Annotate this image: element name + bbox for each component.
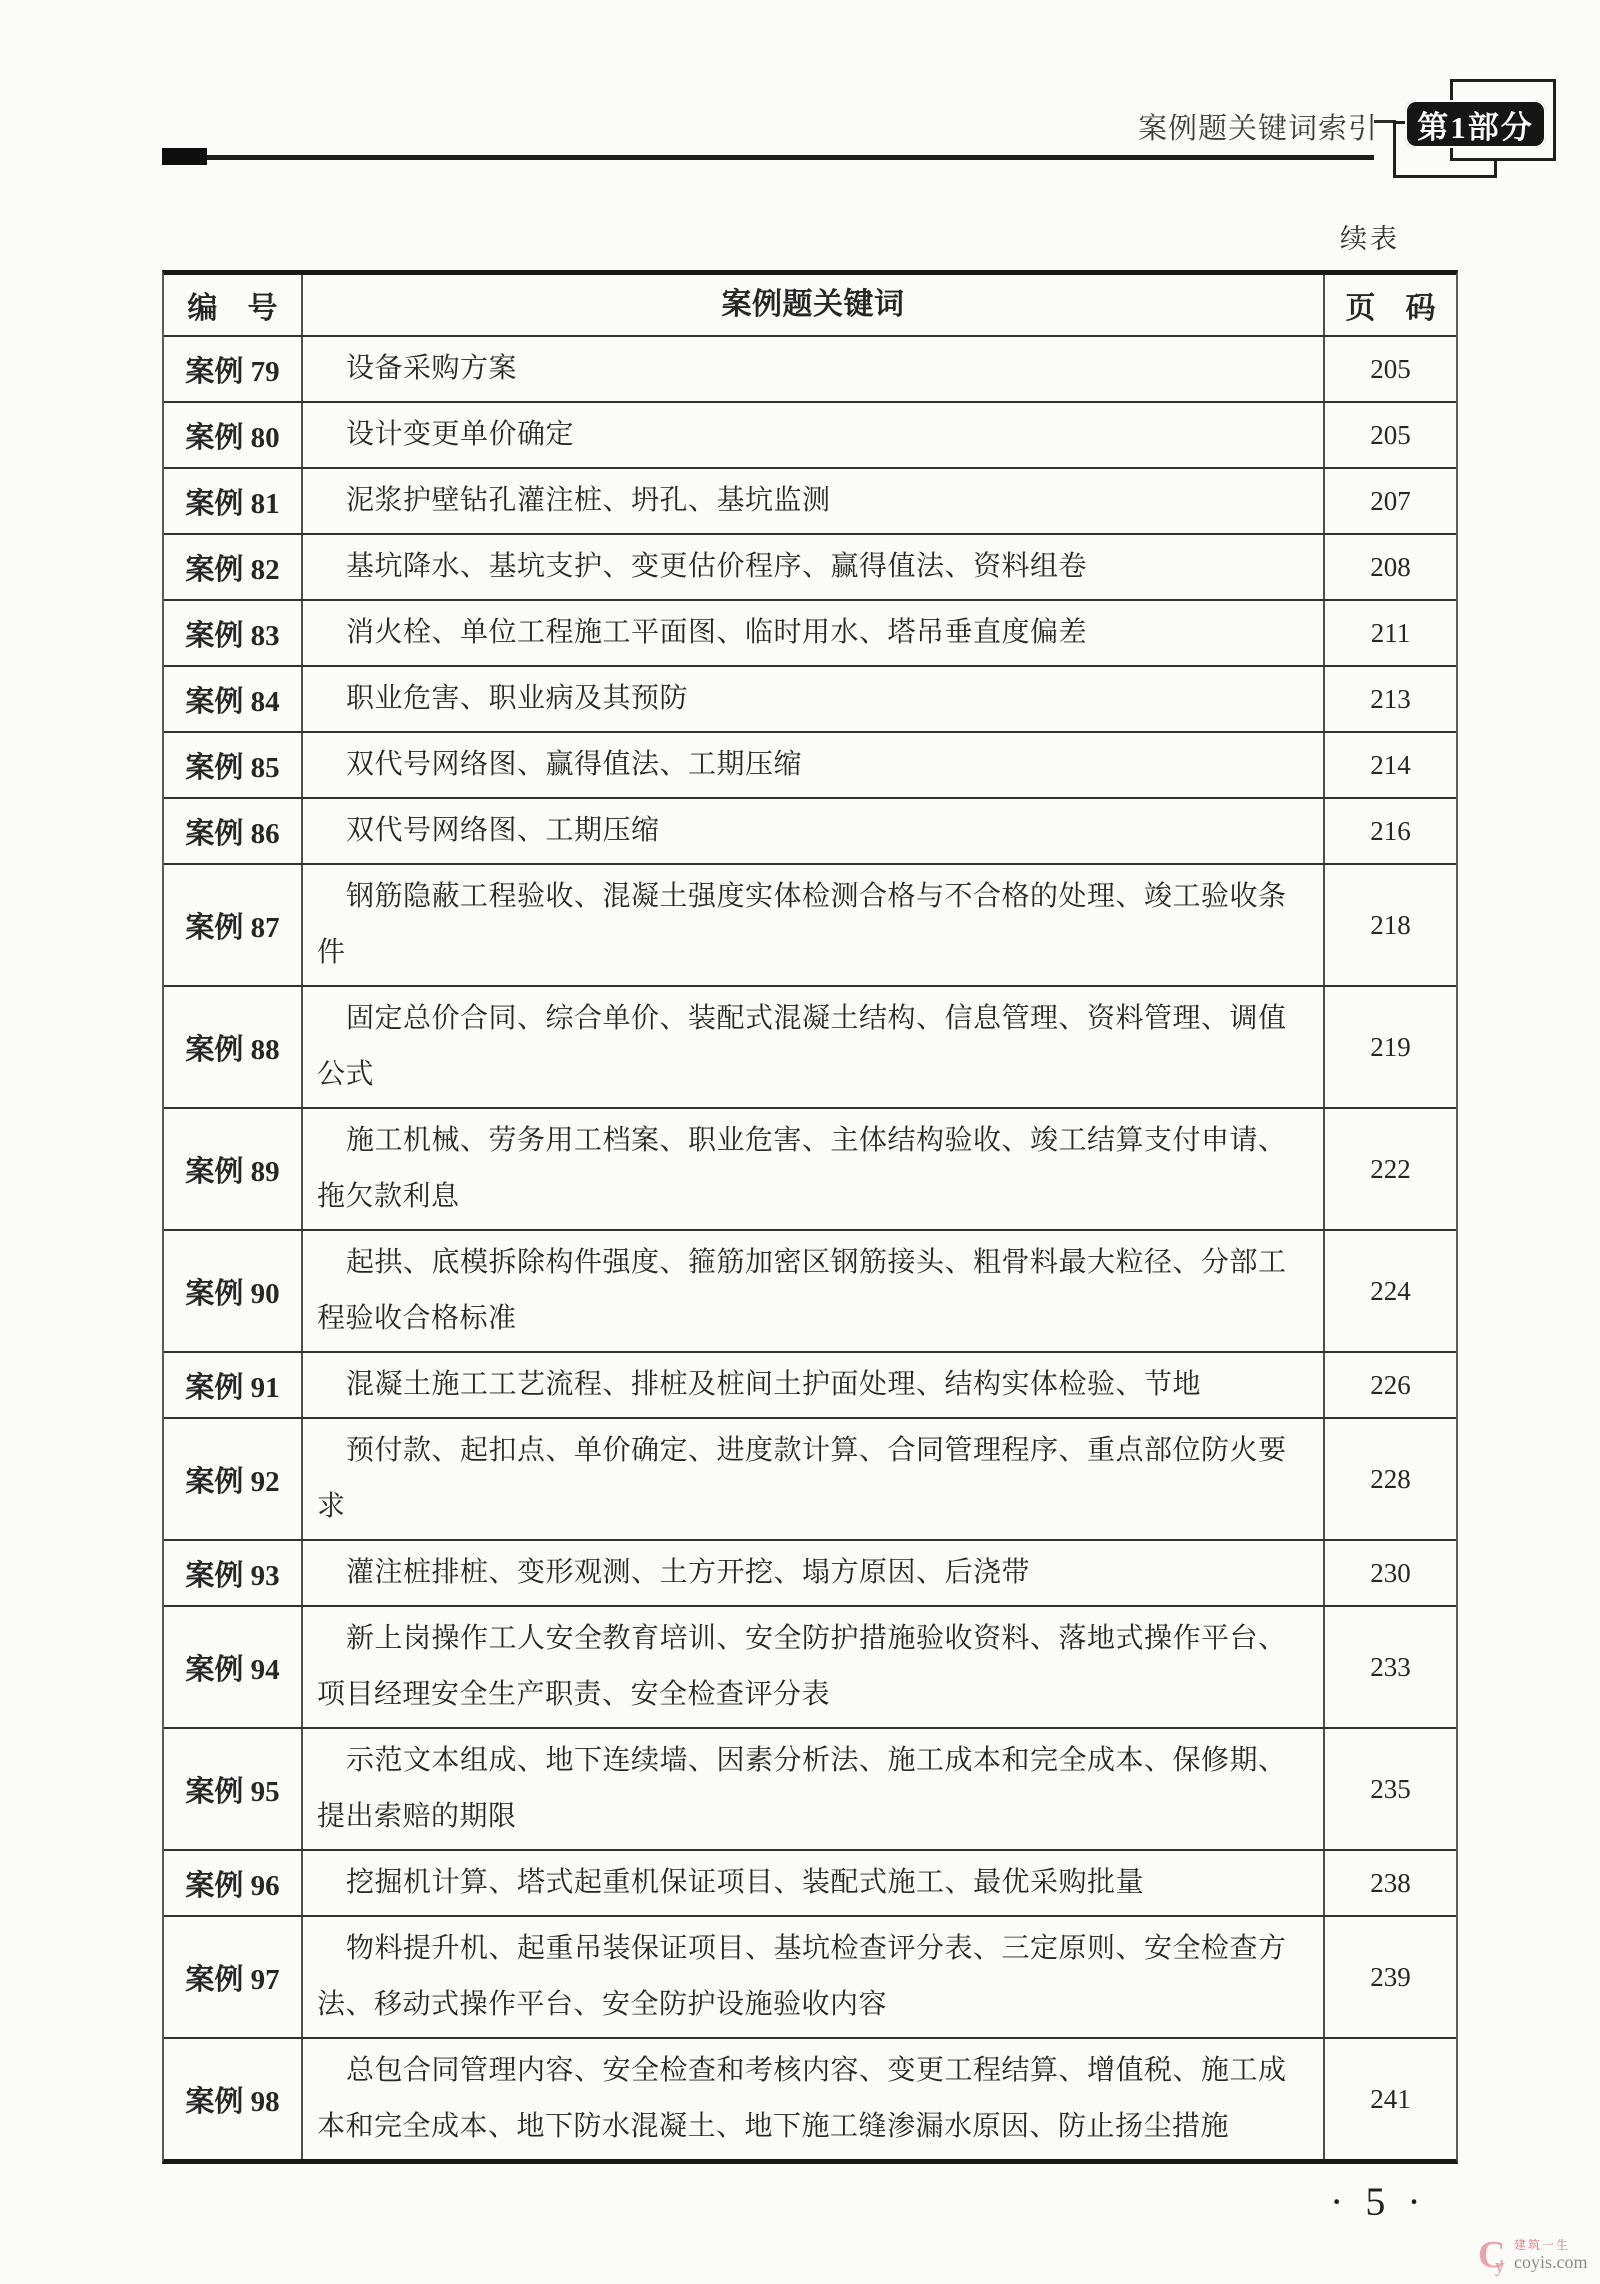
case-number-cell: 案例 79 [164,337,303,401]
keywords-cell: 钢筋隐蔽工程验收、混凝土强度实体检测合格与不合格的处理、竣工验收条件 [303,865,1325,985]
keywords-cell: 设备采购方案 [303,337,1325,401]
page-number-cell: 211 [1325,601,1456,665]
page-number: · 5 · [1330,2178,1427,2225]
keywords-cell: 双代号网络图、赢得值法、工期压缩 [303,733,1325,797]
continued-table-label: 续表 [1340,217,1400,256]
page-number-cell: 207 [1325,469,1456,533]
page-number-cell: 233 [1325,1607,1456,1727]
keywords-cell: 挖掘机计算、塔式起重机保证项目、装配式施工、最优采购批量 [303,1851,1325,1915]
keywords-cell: 固定总价合同、综合单价、装配式混凝土结构、信息管理、资料管理、调值公式 [303,987,1325,1107]
case-number-cell: 案例 84 [164,667,303,731]
case-number-cell: 案例 86 [164,799,303,863]
column-header-keywords-cell: 案例题关键词 [303,275,1325,335]
page-number-cell: 235 [1325,1729,1456,1849]
page-number-cell: 222 [1325,1109,1456,1229]
table-row: 案例 81 泥浆护壁钻孔灌注桩、坍孔、基坑监测 207 [164,469,1456,535]
keywords-text: 混凝土施工工艺流程、排桩及桩间土护面处理、结构实体检验、节地 [317,1357,1201,1413]
table-row: 案例 91 混凝土施工工艺流程、排桩及桩间土护面处理、结构实体检验、节地 226 [164,1353,1456,1419]
case-number-cell: 案例 82 [164,535,303,599]
page-number-cell: 241 [1325,2039,1456,2159]
keywords-cell: 设计变更单价确定 [303,403,1325,467]
page-number-cell: 218 [1325,865,1456,985]
table-row: 案例 84 职业危害、职业病及其预防 213 [164,667,1456,733]
keywords-text: 泥浆护壁钻孔灌注桩、坍孔、基坑监测 [317,473,831,529]
page-number-cell: 205 [1325,337,1456,401]
case-number-cell: 案例 93 [164,1541,303,1605]
table-row: 案例 93 灌注桩排桩、变形观测、土方开挖、塌方原因、后浇带 230 [164,1541,1456,1607]
page-number-cell: 238 [1325,1851,1456,1915]
table-row: 案例 95 示范文本组成、地下连续墙、因素分析法、施工成本和完全成本、保修期、提… [164,1729,1456,1851]
keywords-cell: 泥浆护壁钻孔灌注桩、坍孔、基坑监测 [303,469,1325,533]
table-row: 案例 94 新上岗操作工人安全教育培训、安全防护措施验收资料、落地式操作平台、项… [164,1607,1456,1729]
table-row: 案例 98 总包合同管理内容、安全检查和考核内容、变更工程结算、增值税、施工成本… [164,2039,1456,2159]
column-header-page: 页 码 [1325,275,1456,335]
case-number-cell: 案例 83 [164,601,303,665]
keywords-text: 挖掘机计算、塔式起重机保证项目、装配式施工、最优采购批量 [317,1855,1144,1911]
case-number-cell: 案例 85 [164,733,303,797]
keywords-text: 消火栓、单位工程施工平面图、临时用水、塔吊垂直度偏差 [317,605,1087,661]
keywords-text: 示范文本组成、地下连续墙、因素分析法、施工成本和完全成本、保修期、提出索赔的期限 [317,1733,1313,1845]
watermark-name: 建筑一生 [1514,2238,1588,2252]
watermark: C y 建筑一生 coyis.com [1478,2236,1588,2278]
part-badge: 第1部分 [1405,100,1546,148]
keywords-text: 设计变更单价确定 [317,407,574,463]
keywords-text: 预付款、起扣点、单价确定、进度款计算、合同管理程序、重点部位防火要求 [317,1423,1313,1535]
page-number-cell: 239 [1325,1917,1456,2037]
column-header-number: 编 号 [164,275,303,335]
case-number-cell: 案例 95 [164,1729,303,1849]
page-number-cell: 216 [1325,799,1456,863]
keywords-text: 固定总价合同、综合单价、装配式混凝土结构、信息管理、资料管理、调值公式 [317,991,1313,1103]
keywords-cell: 示范文本组成、地下连续墙、因素分析法、施工成本和完全成本、保修期、提出索赔的期限 [303,1729,1325,1849]
keywords-text: 设备采购方案 [317,341,517,397]
watermark-logo-y: y [1495,2256,1505,2278]
keywords-cell: 双代号网络图、工期压缩 [303,799,1325,863]
table-row: 案例 80 设计变更单价确定 205 [164,403,1456,469]
page-number-cell: 224 [1325,1231,1456,1351]
page-number-cell: 213 [1325,667,1456,731]
watermark-site: coyis.com [1514,2252,1588,2272]
page-title: 案例题关键词索引 [1138,106,1378,147]
table-row: 案例 86 双代号网络图、工期压缩 216 [164,799,1456,865]
column-header-keywords: 案例题关键词 [303,277,1323,333]
case-number-cell: 案例 80 [164,403,303,467]
table-row: 案例 87 钢筋隐蔽工程验收、混凝土强度实体检测合格与不合格的处理、竣工验收条件… [164,865,1456,987]
page-number-cell: 208 [1325,535,1456,599]
keywords-cell: 混凝土施工工艺流程、排桩及桩间土护面处理、结构实体检验、节地 [303,1353,1325,1417]
keywords-cell: 灌注桩排桩、变形观测、土方开挖、塌方原因、后浇带 [303,1541,1325,1605]
table-row: 案例 79 设备采购方案 205 [164,337,1456,403]
keywords-text: 新上岗操作工人安全教育培训、安全防护措施验收资料、落地式操作平台、项目经理安全生… [317,1611,1313,1723]
page-number-cell: 205 [1325,403,1456,467]
case-number-cell: 案例 98 [164,2039,303,2159]
keywords-cell: 职业危害、职业病及其预防 [303,667,1325,731]
header-rule-endcap [162,148,207,165]
table-row: 案例 82 基坑降水、基坑支护、变更估价程序、赢得值法、资料组卷 208 [164,535,1456,601]
header-rule [162,155,1374,160]
page-number-cell: 226 [1325,1353,1456,1417]
page-number-cell: 228 [1325,1419,1456,1539]
table-row: 案例 88 固定总价合同、综合单价、装配式混凝土结构、信息管理、资料管理、调值公… [164,987,1456,1109]
case-number-cell: 案例 96 [164,1851,303,1915]
case-number-cell: 案例 92 [164,1419,303,1539]
case-number-cell: 案例 81 [164,469,303,533]
keywords-text: 双代号网络图、赢得值法、工期压缩 [317,737,802,793]
watermark-text: 建筑一生 coyis.com [1514,2236,1588,2272]
keywords-text: 双代号网络图、工期压缩 [317,803,660,859]
keywords-index-table: 编 号 案例题关键词 页 码 案例 79 设备采购方案 205 案例 80 设计… [162,270,1458,2164]
keywords-text: 灌注桩排桩、变形观测、土方开挖、塌方原因、后浇带 [317,1545,1030,1601]
table-row: 案例 83 消火栓、单位工程施工平面图、临时用水、塔吊垂直度偏差 211 [164,601,1456,667]
case-number-cell: 案例 89 [164,1109,303,1229]
table-row: 案例 89 施工机械、劳务用工档案、职业危害、主体结构验收、竣工结算支付申请、拖… [164,1109,1456,1231]
table-row: 案例 96 挖掘机计算、塔式起重机保证项目、装配式施工、最优采购批量 238 [164,1851,1456,1917]
keywords-cell: 消火栓、单位工程施工平面图、临时用水、塔吊垂直度偏差 [303,601,1325,665]
keywords-cell: 施工机械、劳务用工档案、职业危害、主体结构验收、竣工结算支付申请、拖欠款利息 [303,1109,1325,1229]
table-row: 案例 85 双代号网络图、赢得值法、工期压缩 214 [164,733,1456,799]
keywords-text: 起拱、底模拆除构件强度、箍筋加密区钢筋接头、粗骨料最大粒径、分部工程验收合格标准 [317,1235,1313,1347]
keywords-text: 总包合同管理内容、安全检查和考核内容、变更工程结算、增值税、施工成本和完全成本、… [317,2043,1313,2155]
keywords-cell: 总包合同管理内容、安全检查和考核内容、变更工程结算、增值税、施工成本和完全成本、… [303,2039,1325,2159]
case-number-cell: 案例 97 [164,1917,303,2037]
keywords-cell: 预付款、起扣点、单价确定、进度款计算、合同管理程序、重点部位防火要求 [303,1419,1325,1539]
table-row: 案例 97 物料提升机、起重吊装保证项目、基坑检查评分表、三定原则、安全检查方法… [164,1917,1456,2039]
table-row: 案例 92 预付款、起扣点、单价确定、进度款计算、合同管理程序、重点部位防火要求… [164,1419,1456,1541]
keywords-cell: 基坑降水、基坑支护、变更估价程序、赢得值法、资料组卷 [303,535,1325,599]
case-number-cell: 案例 88 [164,987,303,1107]
keywords-cell: 起拱、底模拆除构件强度、箍筋加密区钢筋接头、粗骨料最大粒径、分部工程验收合格标准 [303,1231,1325,1351]
case-number-cell: 案例 90 [164,1231,303,1351]
table-row: 案例 90 起拱、底模拆除构件强度、箍筋加密区钢筋接头、粗骨料最大粒径、分部工程… [164,1231,1456,1353]
keywords-text: 职业危害、职业病及其预防 [317,671,688,727]
keywords-text: 钢筋隐蔽工程验收、混凝土强度实体检测合格与不合格的处理、竣工验收条件 [317,869,1313,981]
case-number-cell: 案例 94 [164,1607,303,1727]
keywords-cell: 物料提升机、起重吊装保证项目、基坑检查评分表、三定原则、安全检查方法、移动式操作… [303,1917,1325,2037]
keywords-text: 基坑降水、基坑支护、变更估价程序、赢得值法、资料组卷 [317,539,1087,595]
page-number-cell: 230 [1325,1541,1456,1605]
table-header-row: 编 号 案例题关键词 页 码 [164,275,1456,337]
keywords-text: 施工机械、劳务用工档案、职业危害、主体结构验收、竣工结算支付申请、拖欠款利息 [317,1113,1313,1225]
case-number-cell: 案例 91 [164,1353,303,1417]
page-number-cell: 214 [1325,733,1456,797]
page-number-cell: 219 [1325,987,1456,1107]
case-number-cell: 案例 87 [164,865,303,985]
keywords-cell: 新上岗操作工人安全教育培训、安全防护措施验收资料、落地式操作平台、项目经理安全生… [303,1607,1325,1727]
watermark-logo-icon: C y [1478,2236,1514,2278]
keywords-text: 物料提升机、起重吊装保证项目、基坑检查评分表、三定原则、安全检查方法、移动式操作… [317,1921,1313,2033]
